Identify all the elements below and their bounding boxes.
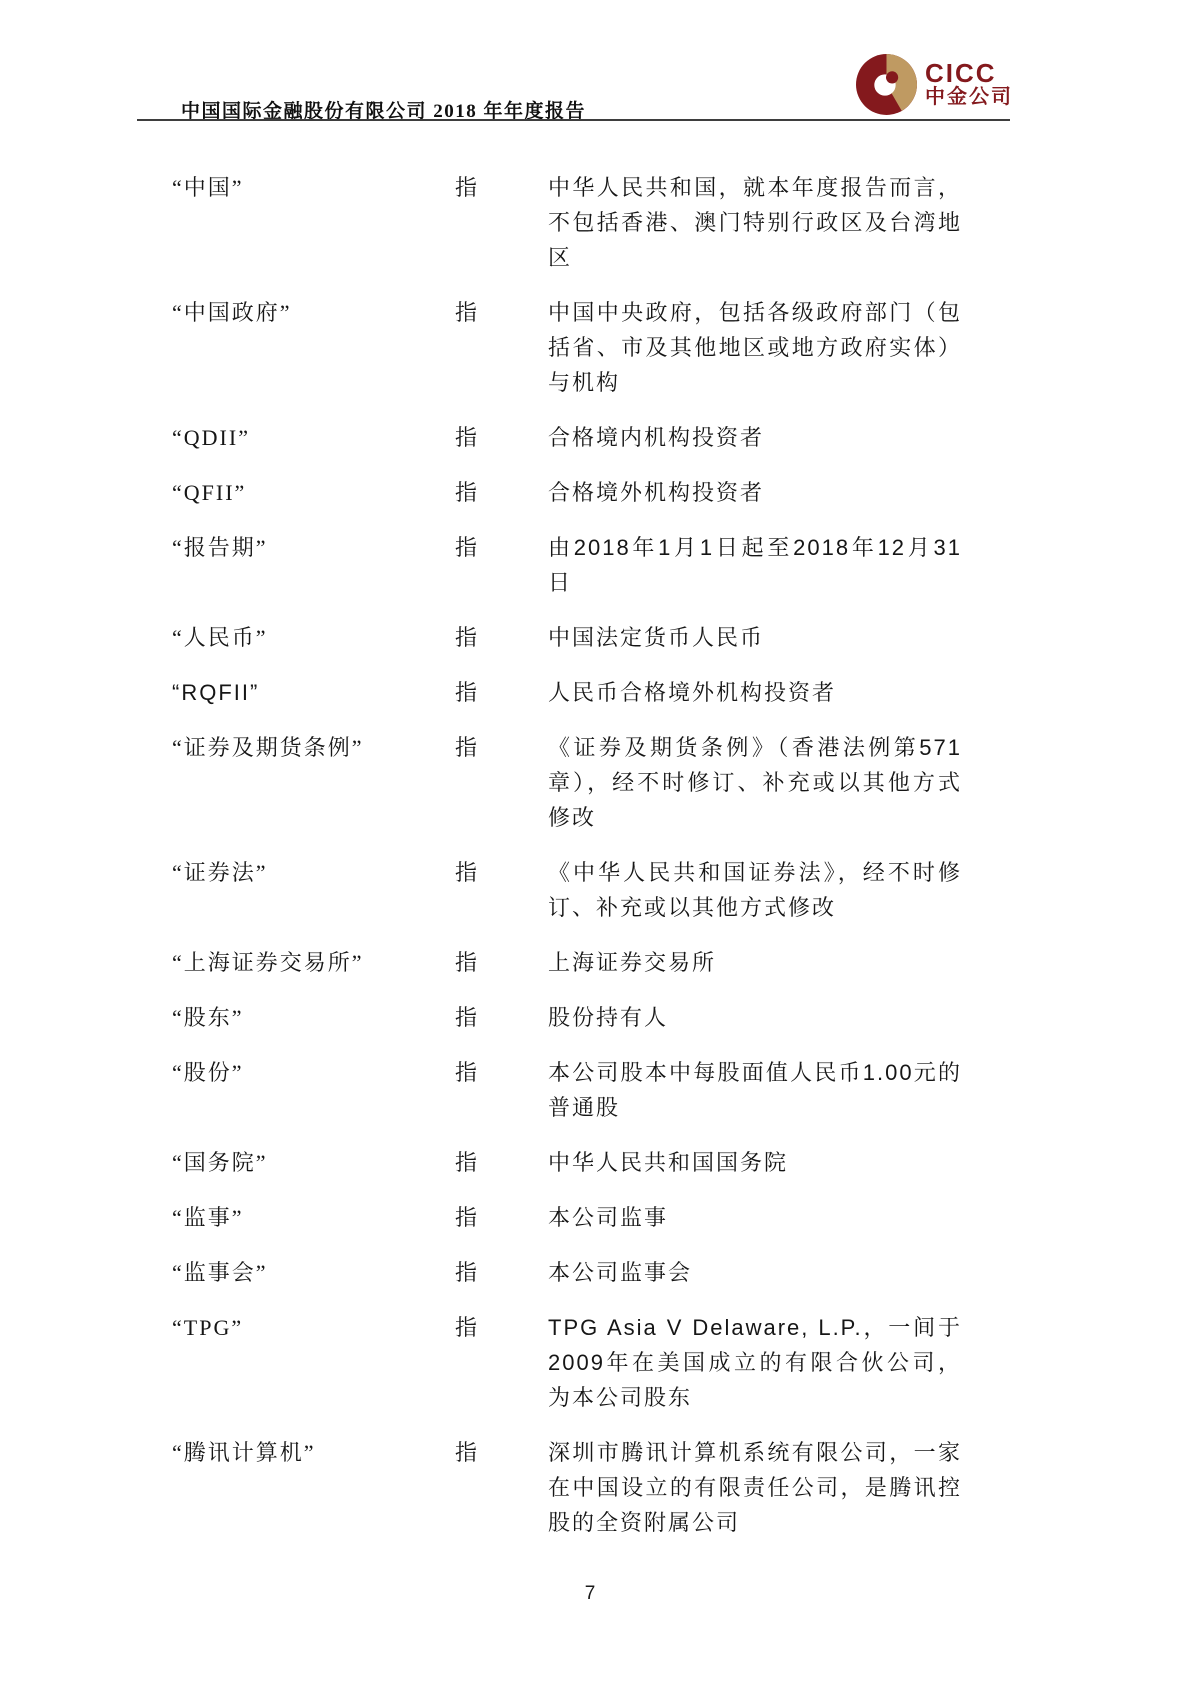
glossary-row: “RQFII” 指 人民币合格境外机构投资者 bbox=[172, 675, 972, 710]
term-cell: “RQFII” bbox=[172, 675, 455, 710]
term-cell: “股东” bbox=[172, 1000, 455, 1035]
pointer-cell: 指 bbox=[455, 1000, 548, 1035]
definition-cell: 由2018年1月1日起至2018年12月31日 bbox=[548, 530, 962, 600]
definition-cell: TPG Asia V Delaware, L.P.，一间于2009年在美国成立的… bbox=[548, 1310, 962, 1415]
pointer-cell: 指 bbox=[455, 170, 548, 275]
definition-cell: 《中华人民共和国证券法》，经不时修订、补充或以其他方式修改 bbox=[548, 855, 962, 925]
term-cell: “腾讯计算机” bbox=[172, 1435, 455, 1540]
term-cell: “TPG” bbox=[172, 1310, 455, 1415]
definition-cell: 股份持有人 bbox=[548, 1000, 962, 1035]
pointer-cell: 指 bbox=[455, 855, 548, 925]
term-cell: “QFII” bbox=[172, 475, 455, 510]
glossary-row: “QFII” 指 合格境外机构投资者 bbox=[172, 475, 972, 510]
pointer-cell: 指 bbox=[455, 475, 548, 510]
definition-cell: 本公司股本中每股面值人民币1.00元的普通股 bbox=[548, 1055, 962, 1125]
term-cell: “上海证券交易所” bbox=[172, 945, 455, 980]
definition-cell: 中国法定货币人民币 bbox=[548, 620, 962, 655]
glossary-row: “QDII” 指 合格境内机构投资者 bbox=[172, 420, 972, 455]
glossary-row: “上海证券交易所” 指 上海证券交易所 bbox=[172, 945, 972, 980]
cicc-logo-text: CICC 中金公司 bbox=[925, 60, 1013, 109]
pointer-cell: 指 bbox=[455, 1145, 548, 1180]
term-cell: “股份” bbox=[172, 1055, 455, 1125]
cicc-logo-latin: CICC bbox=[925, 60, 1013, 86]
glossary-row: “国务院” 指 中华人民共和国国务院 bbox=[172, 1145, 972, 1180]
term-cell: “国务院” bbox=[172, 1145, 455, 1180]
glossary-row: “报告期” 指 由2018年1月1日起至2018年12月31日 bbox=[172, 530, 972, 600]
term-cell: “报告期” bbox=[172, 530, 455, 600]
term-cell: “人民币” bbox=[172, 620, 455, 655]
glossary-row: “证券及期货条例” 指 《证券及期货条例》（香港法例第571章），经不时修订、补… bbox=[172, 730, 972, 835]
glossary-row: “TPG” 指 TPG Asia V Delaware, L.P.，一间于200… bbox=[172, 1310, 972, 1415]
definition-cell: 中华人民共和国国务院 bbox=[548, 1145, 962, 1180]
cicc-logo: CICC 中金公司 bbox=[856, 54, 1013, 115]
definition-cell: 中国中央政府，包括各级政府部门（包括省、市及其他地区或地方政府实体）与机构 bbox=[548, 295, 962, 400]
term-cell: “中国政府” bbox=[172, 295, 455, 400]
glossary-row: “监事” 指 本公司监事 bbox=[172, 1200, 972, 1235]
pointer-cell: 指 bbox=[455, 1255, 548, 1290]
definition-cell: 上海证券交易所 bbox=[548, 945, 962, 980]
header-divider bbox=[137, 119, 1010, 121]
term-cell: “监事会” bbox=[172, 1255, 455, 1290]
glossary-row: “中国政府” 指 中国中央政府，包括各级政府部门（包括省、市及其他地区或地方政府… bbox=[172, 295, 972, 400]
glossary-row: “中国” 指 中华人民共和国，就本年度报告而言，不包括香港、澳门特别行政区及台湾… bbox=[172, 170, 972, 275]
pointer-cell: 指 bbox=[455, 675, 548, 710]
glossary-row: “股份” 指 本公司股本中每股面值人民币1.00元的普通股 bbox=[172, 1055, 972, 1125]
glossary-row: “证券法” 指 《中华人民共和国证券法》，经不时修订、补充或以其他方式修改 bbox=[172, 855, 972, 925]
pointer-cell: 指 bbox=[455, 1435, 548, 1540]
definition-cell: 中华人民共和国，就本年度报告而言，不包括香港、澳门特别行政区及台湾地区 bbox=[548, 170, 962, 275]
glossary-row: “人民币” 指 中国法定货币人民币 bbox=[172, 620, 972, 655]
pointer-cell: 指 bbox=[455, 1055, 548, 1125]
cicc-logo-icon bbox=[856, 54, 917, 115]
pointer-cell: 指 bbox=[455, 530, 548, 600]
term-cell: “中国” bbox=[172, 170, 455, 275]
definition-cell: 本公司监事 bbox=[548, 1200, 962, 1235]
glossary-row: “股东” 指 股份持有人 bbox=[172, 1000, 972, 1035]
pointer-cell: 指 bbox=[455, 730, 548, 835]
pointer-cell: 指 bbox=[455, 945, 548, 980]
pointer-cell: 指 bbox=[455, 420, 548, 455]
term-cell: “监事” bbox=[172, 1200, 455, 1235]
definition-cell: 本公司监事会 bbox=[548, 1255, 962, 1290]
term-cell: “证券及期货条例” bbox=[172, 730, 455, 835]
definition-cell: 合格境外机构投资者 bbox=[548, 475, 962, 510]
definition-cell: 人民币合格境外机构投资者 bbox=[548, 675, 962, 710]
glossary-definition-list: “中国” 指 中华人民共和国，就本年度报告而言，不包括香港、澳门特别行政区及台湾… bbox=[172, 170, 972, 1560]
glossary-row: “腾讯计算机” 指 深圳市腾讯计算机系统有限公司，一家在中国设立的有限责任公司，… bbox=[172, 1435, 972, 1540]
definition-cell: 合格境内机构投资者 bbox=[548, 420, 962, 455]
annual-report-page: 中国国际金融股份有限公司 2018 年年度报告 CICC 中金公司 “中国” 指… bbox=[0, 0, 1190, 1684]
cicc-logo-chinese: 中金公司 bbox=[925, 86, 1013, 109]
page-number: 7 bbox=[0, 1583, 1180, 1605]
pointer-cell: 指 bbox=[455, 1200, 548, 1235]
term-cell: “证券法” bbox=[172, 855, 455, 925]
pointer-cell: 指 bbox=[455, 620, 548, 655]
glossary-row: “监事会” 指 本公司监事会 bbox=[172, 1255, 972, 1290]
term-cell: “QDII” bbox=[172, 420, 455, 455]
pointer-cell: 指 bbox=[455, 295, 548, 400]
definition-cell: 《证券及期货条例》（香港法例第571章），经不时修订、补充或以其他方式修改 bbox=[548, 730, 962, 835]
pointer-cell: 指 bbox=[455, 1310, 548, 1415]
definition-cell: 深圳市腾讯计算机系统有限公司，一家在中国设立的有限责任公司，是腾讯控股的全资附属… bbox=[548, 1435, 962, 1540]
